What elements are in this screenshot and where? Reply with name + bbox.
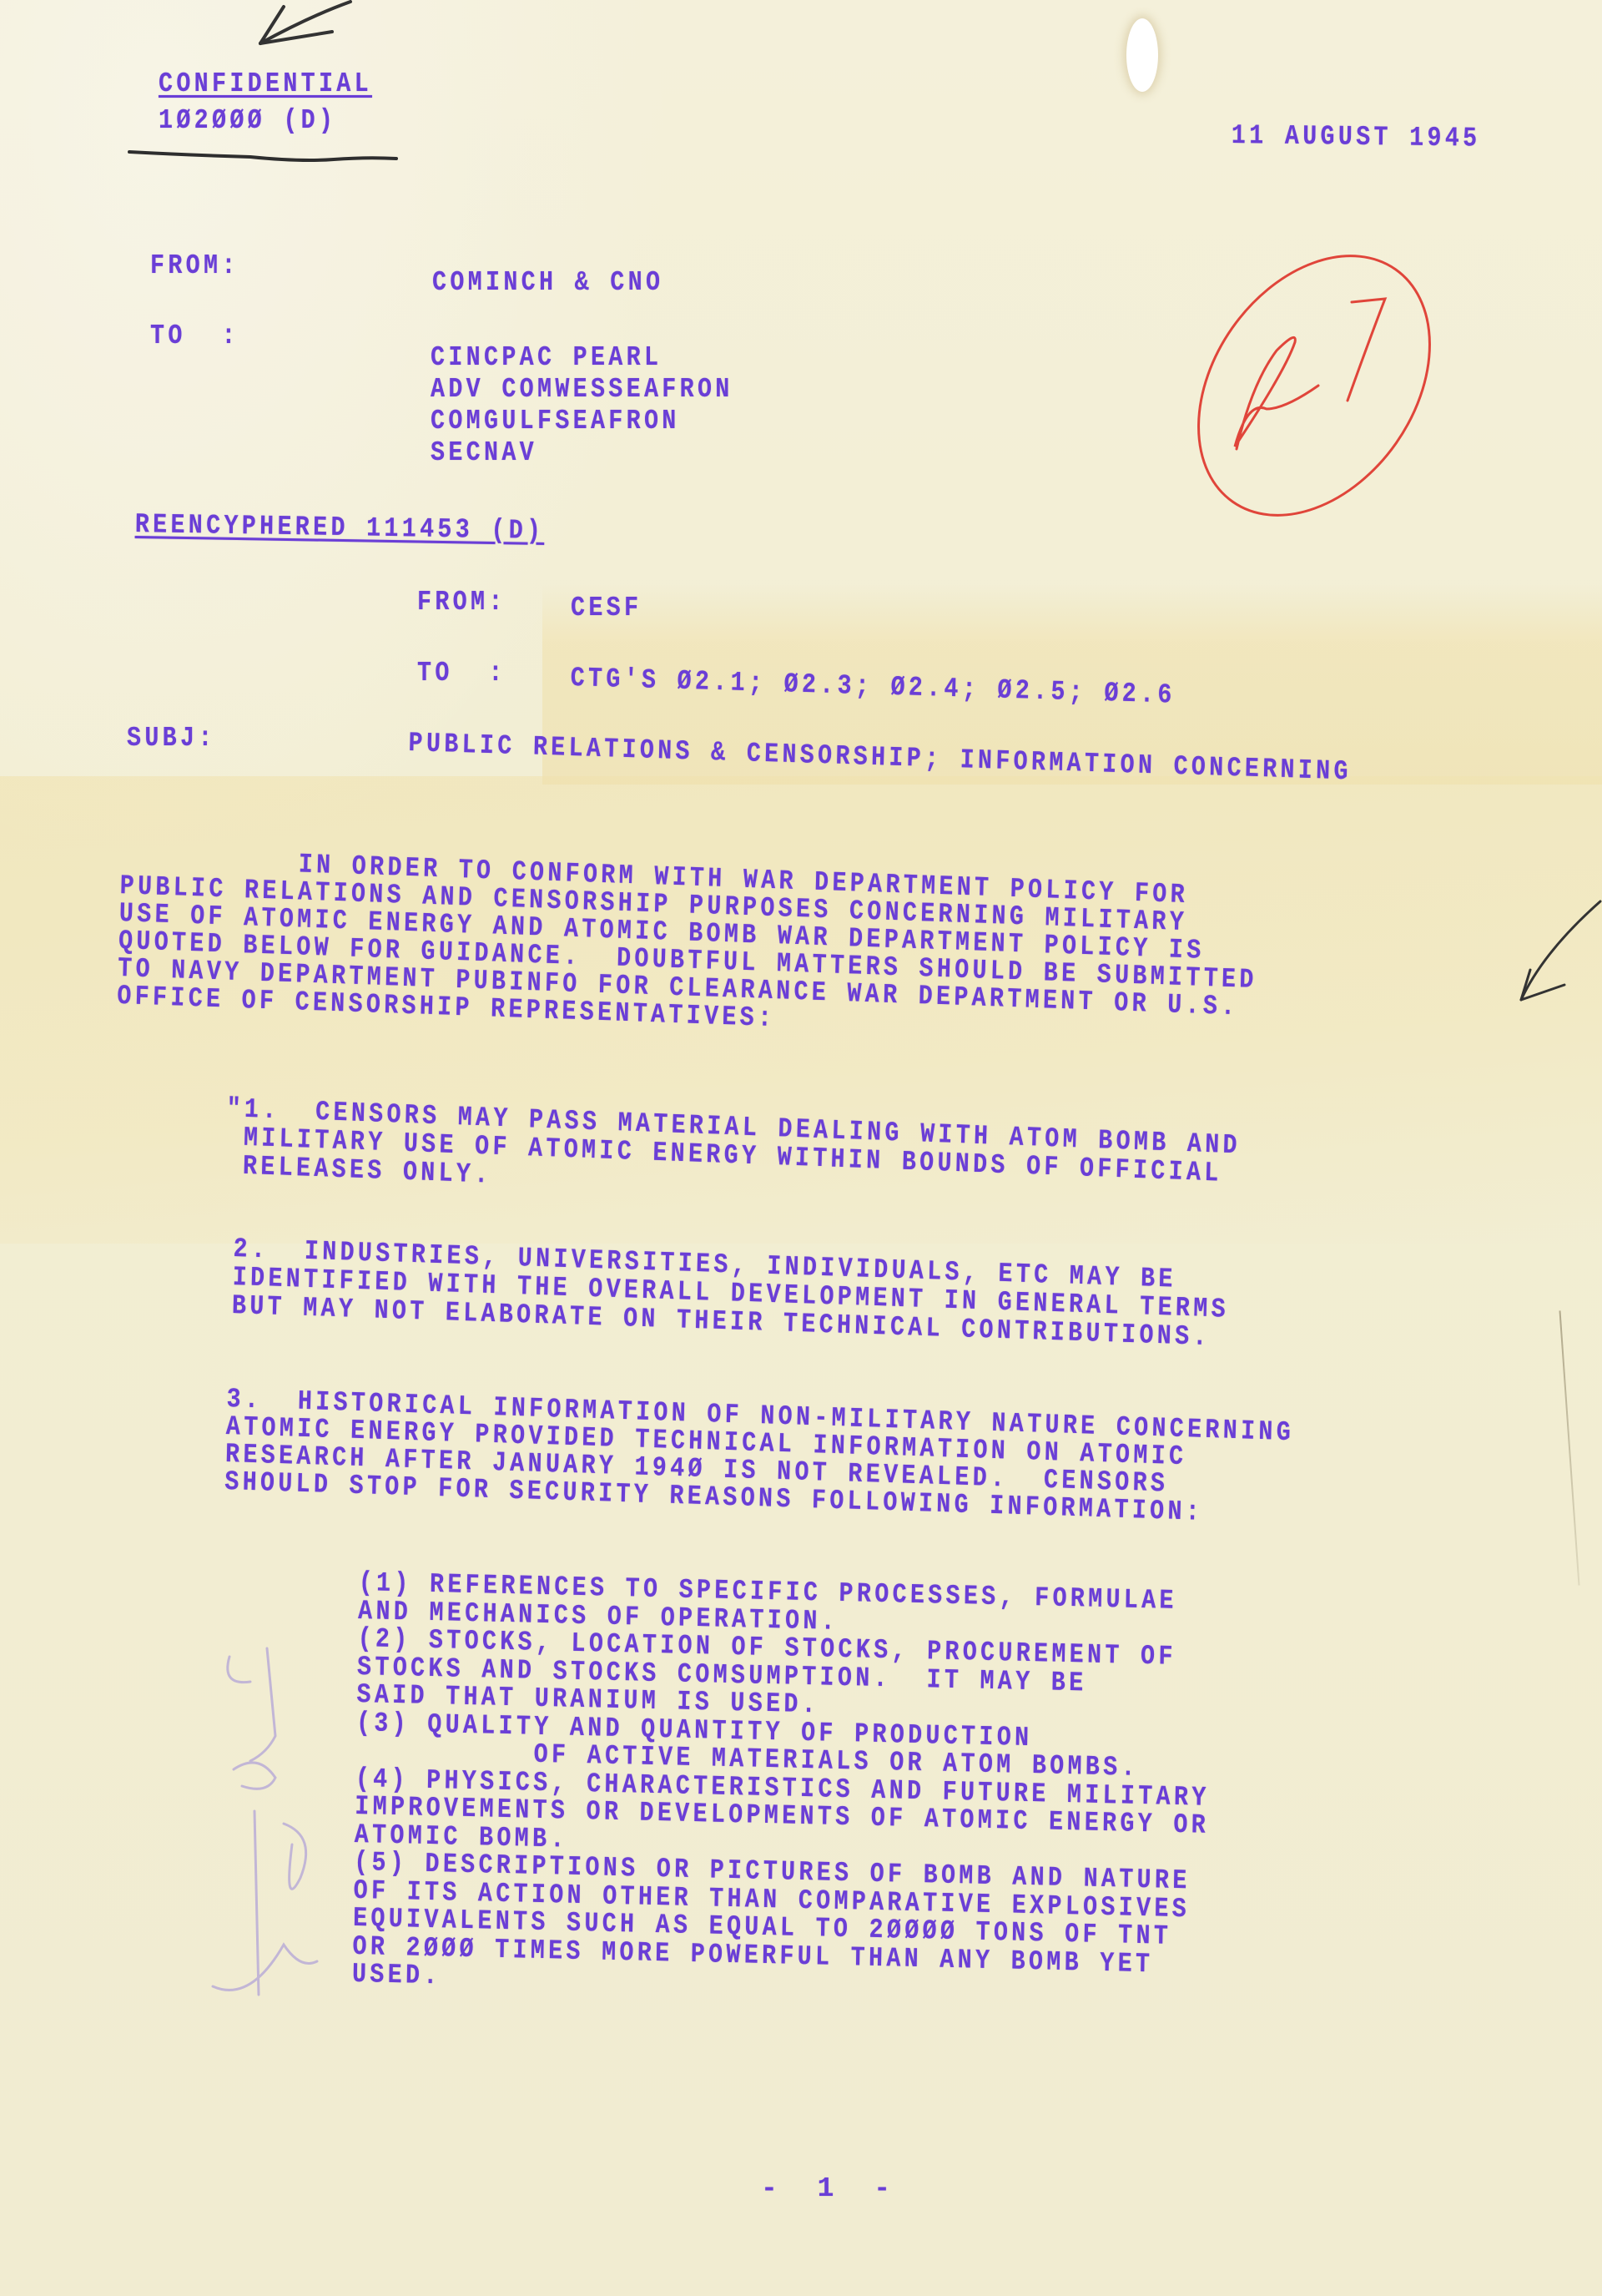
reencyphered-line: REENCYPHERED 111453 (D) xyxy=(135,511,545,545)
punch-hole xyxy=(1126,18,1158,92)
reencyphered-from-value: CESF xyxy=(571,594,642,622)
to-label: TO : xyxy=(150,322,239,350)
to-recipient: CINCPAC PEARL xyxy=(431,342,733,374)
to-recipient: SECNAV xyxy=(431,437,733,469)
to-recipient: COMGULFSEAFRON xyxy=(431,406,733,437)
reencyphered-to-label: TO : xyxy=(417,659,506,687)
page-number: - 1 - xyxy=(761,2175,902,2203)
classification-stamp: CONFIDENTIAL xyxy=(159,70,372,98)
document-date: 11 AUGUST 1945 xyxy=(1232,122,1481,153)
restricted-items-list: (1) REFERENCES TO SPECIFIC PROCESSES, FO… xyxy=(352,1569,1213,2007)
reencyphered-from-label: FROM: xyxy=(417,588,506,616)
subject-label: SUBJ: xyxy=(127,724,216,752)
to-recipient-list: CINCPAC PEARLADV COMWESSEAFRONCOMGULFSEA… xyxy=(431,342,733,469)
to-recipient: ADV COMWESSEAFRON xyxy=(431,374,733,406)
from-label: FROM: xyxy=(150,252,239,280)
dtg-stamp: 1Ø2ØØØ (D) xyxy=(159,107,336,134)
from-value: COMINCH & CNO xyxy=(432,269,663,296)
